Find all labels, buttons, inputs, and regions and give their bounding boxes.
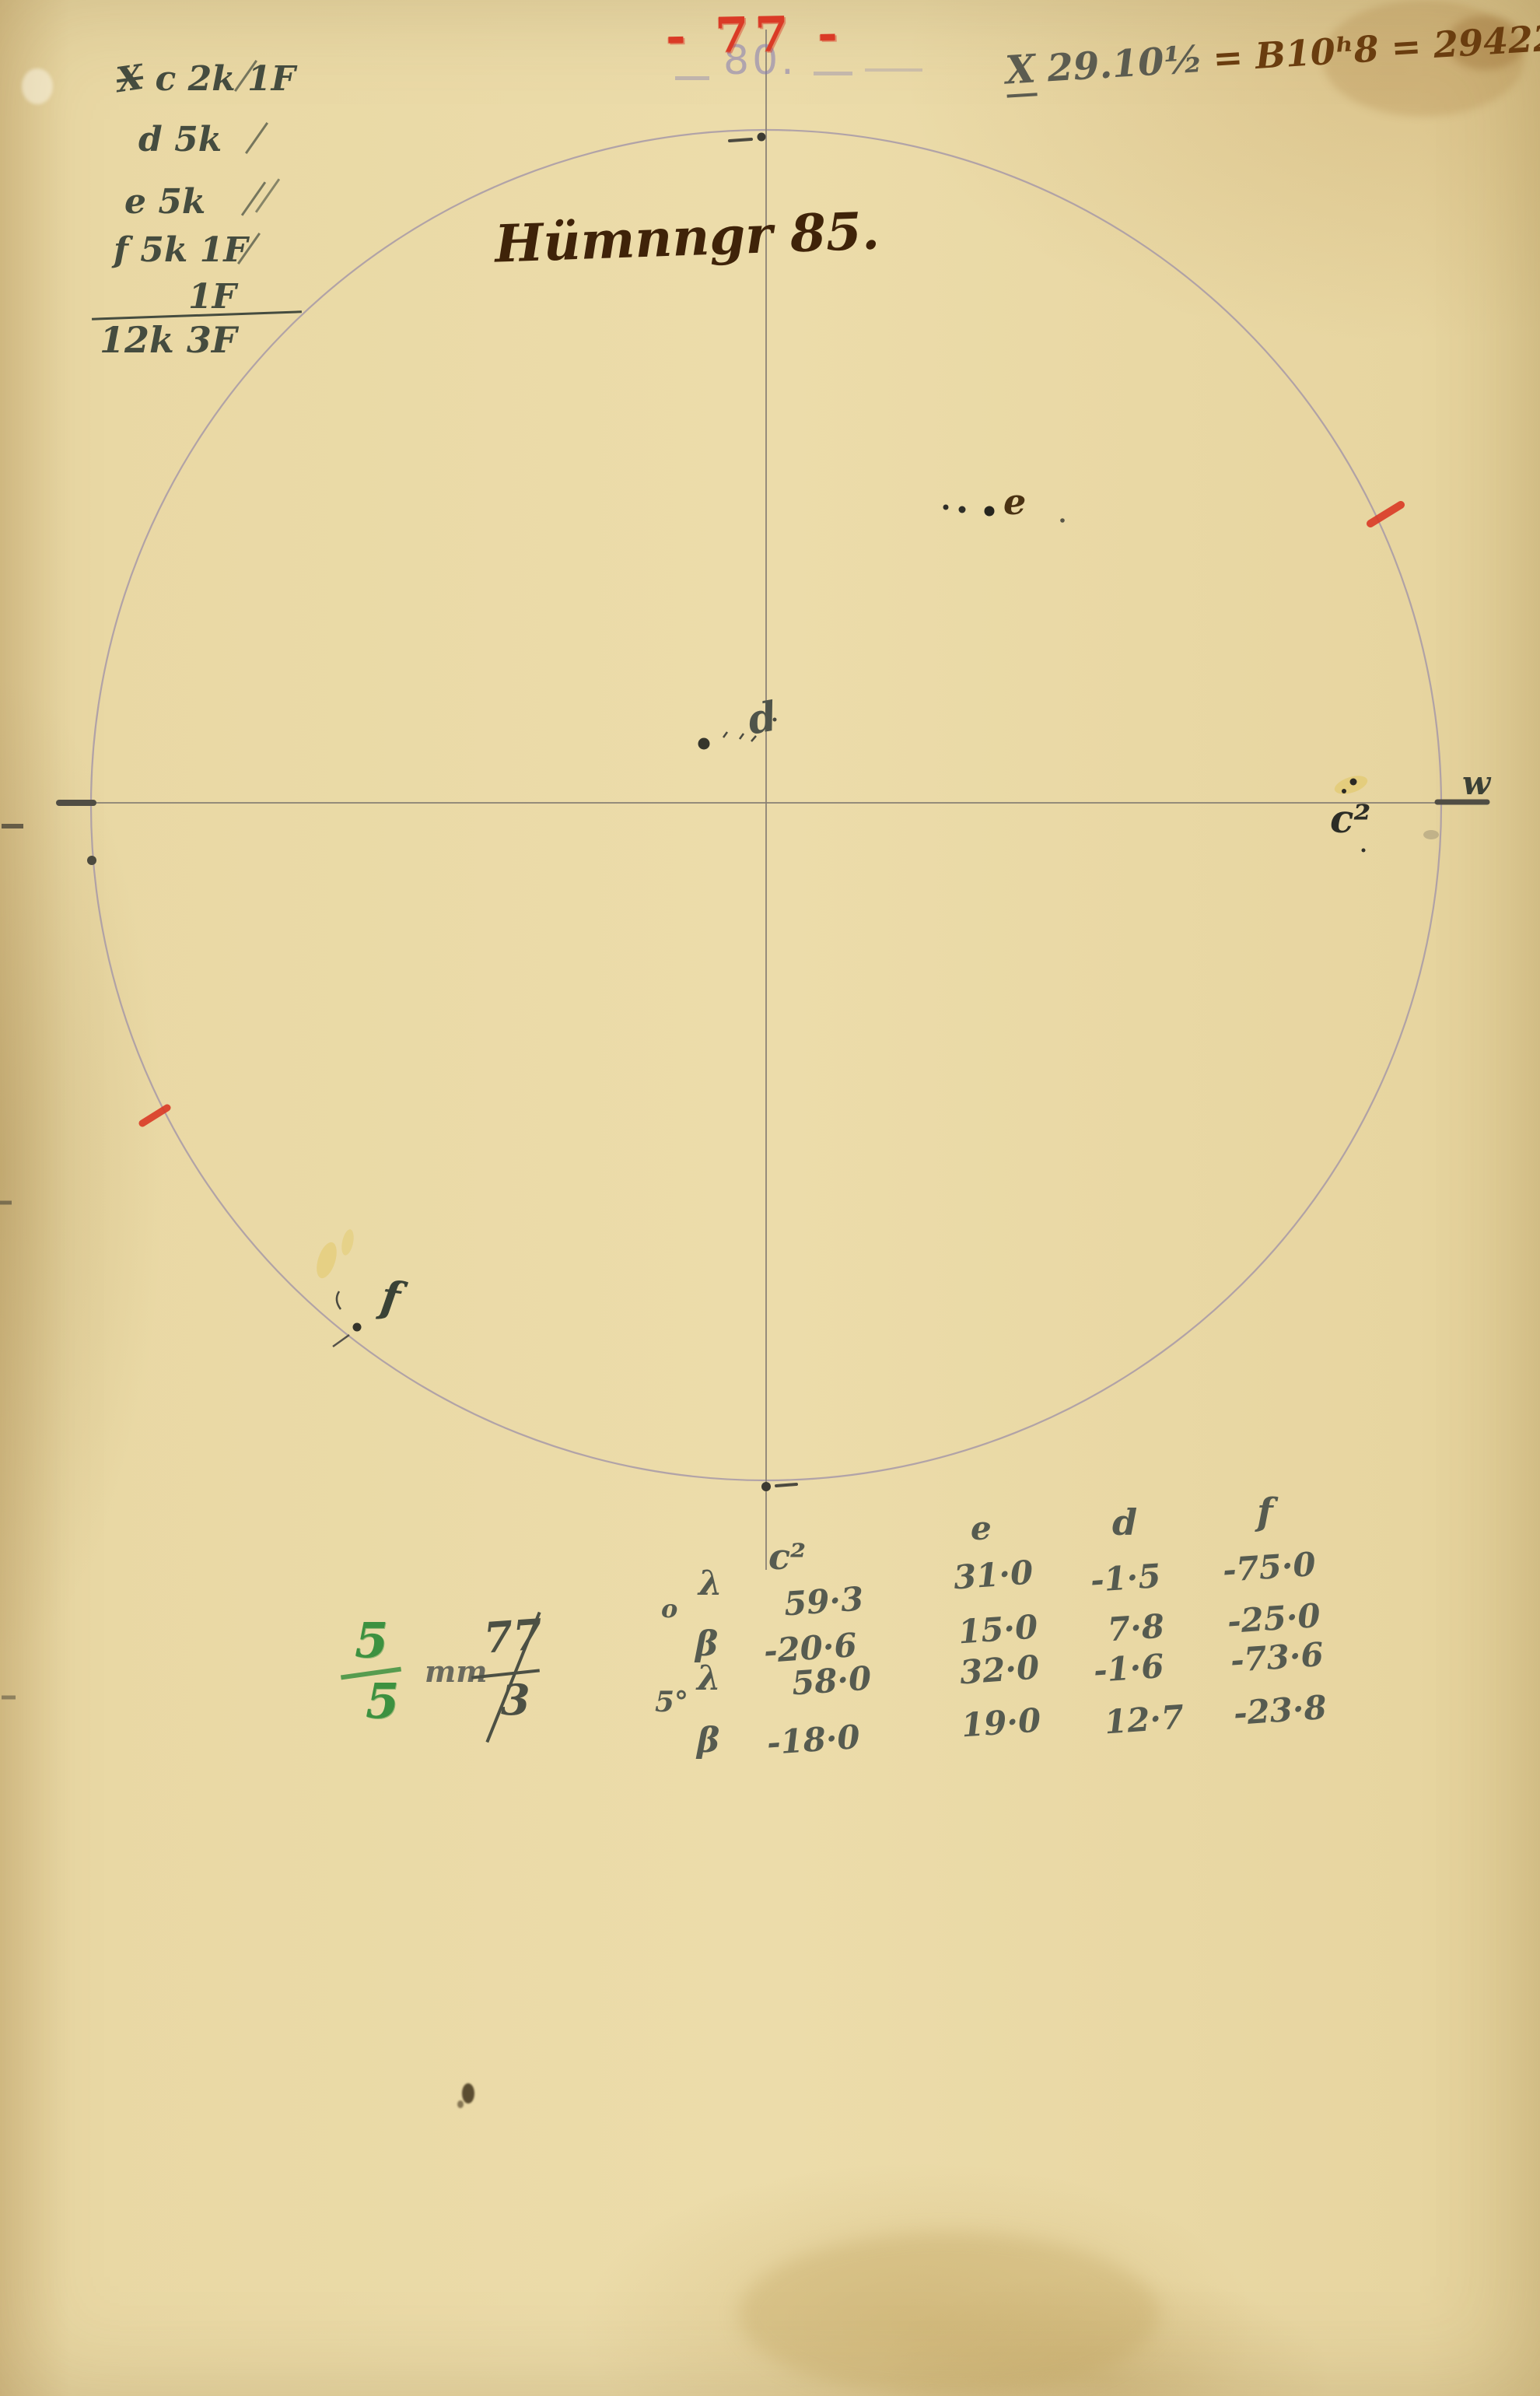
cell-r4-c2: 19·0: [961, 1704, 1042, 1742]
red-plate-number: - 77 -: [665, 9, 844, 61]
east-limb-dot: [87, 856, 96, 865]
mark-f-curve: [337, 1291, 341, 1309]
tally-line-5: 1F: [188, 280, 236, 314]
table-header-e: e: [971, 1512, 992, 1545]
observation-sheet: 80. - 77 - X 29.10½ = B10ʰ8 = 29422 X c …: [0, 0, 1540, 2396]
tally-line-2: d 5k: [138, 123, 222, 157]
table-header-f: f: [1257, 1494, 1273, 1531]
sunspot-c-1: [1350, 779, 1357, 786]
cell-r1-c2: 31·0: [953, 1556, 1034, 1594]
page-title: Hümnngr 85.: [494, 205, 880, 269]
scale-green-numerator: 5: [355, 1617, 388, 1665]
south-limb-dash: [776, 1484, 796, 1486]
cell-r3-c1: 58·0: [791, 1662, 873, 1700]
date-symbol: X: [1004, 45, 1038, 97]
sunspot-d-pore-1: [723, 732, 727, 737]
cell-r1-c1: 59·3: [783, 1582, 865, 1620]
group-1-prefix: o: [661, 1596, 677, 1621]
facula-f-2: [340, 1228, 356, 1256]
north-limb-dot: [758, 133, 766, 142]
row-1-label: λ: [698, 1567, 723, 1601]
stamp-dash-right-2: [865, 68, 922, 72]
cell-r2-c2: 15·0: [957, 1610, 1039, 1648]
scale-unit: mm: [425, 1657, 487, 1687]
cell-r2-c3: 7·8: [1107, 1610, 1166, 1647]
cell-r4-c3: 12·7: [1104, 1701, 1185, 1739]
scale-green-denominator: 5: [366, 1677, 399, 1725]
table-header-c2: c²: [768, 1539, 806, 1575]
sunspot-d-main: [698, 738, 710, 750]
spot-label-e: e: [1003, 484, 1026, 520]
row-4-label: β: [697, 1724, 719, 1758]
sunspot-e-3: [985, 506, 995, 517]
cell-r3-c4: -73·6: [1230, 1638, 1325, 1677]
row-2-label: β: [695, 1627, 718, 1662]
sunspot-c-2: [1342, 789, 1346, 793]
sunspot-c-dot: [1362, 849, 1366, 853]
tally-struck-prefix: X: [114, 61, 145, 98]
cell-r2-c4: -25·0: [1227, 1599, 1321, 1638]
north-limb-dash: [730, 139, 751, 141]
cell-r3-c3: -1·6: [1093, 1650, 1165, 1687]
facula-c: [1332, 772, 1370, 798]
spot-label-c: c²: [1330, 800, 1370, 839]
tally-line-1: X c 2k 1F: [117, 62, 296, 96]
cell-r4-c4: -23·8: [1233, 1691, 1328, 1730]
tally-line-3: e 5k: [124, 185, 205, 219]
sunspot-e-4: [1060, 518, 1065, 523]
tally-line-4: f 5k 1F: [114, 233, 248, 268]
cell-r1-c4: -75·0: [1222, 1548, 1317, 1587]
sunspot-d-pore-2: [740, 734, 744, 739]
red-tick-east-limb: [142, 1108, 167, 1123]
row-3-label: λ: [697, 1662, 721, 1696]
sunspot-f-main: [353, 1323, 362, 1332]
table-header-d: d: [1112, 1505, 1137, 1540]
stamp-dash-right-1: [814, 72, 852, 75]
smudge-near-limb: [1423, 830, 1439, 839]
sunspot-e-1: [943, 505, 949, 510]
compass-west-label: w: [1462, 767, 1490, 800]
tally-line-1-text: c 2k 1F: [155, 59, 295, 99]
tally-total: 12k 3F: [100, 322, 237, 358]
limb-tick-f: [333, 1335, 349, 1347]
south-limb-dot: [761, 1482, 771, 1491]
cell-r3-c2: 32·0: [959, 1651, 1041, 1689]
group-2-prefix: 5°: [655, 1688, 688, 1716]
facula-f-1: [313, 1240, 341, 1280]
cell-r1-c3: -1·5: [1090, 1560, 1162, 1597]
cell-r4-c1: -18·0: [766, 1721, 861, 1760]
stamp-dash-left: [675, 76, 709, 80]
sunspot-e-2: [959, 506, 966, 513]
